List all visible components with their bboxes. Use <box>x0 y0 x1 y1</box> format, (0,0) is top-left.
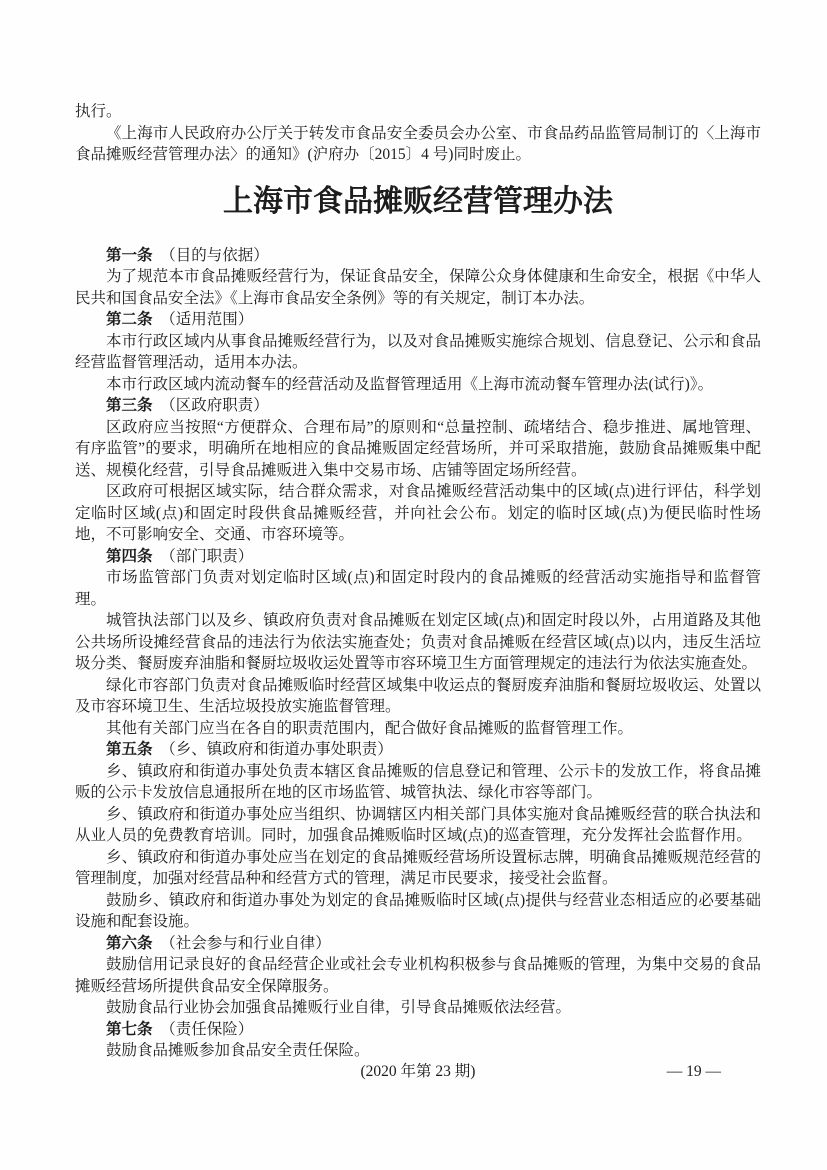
article-5-paragraph: 乡、镇政府和街道办事处应当组织、协调辖区内相关部门具体实施对食品摊贩经营的联合执… <box>75 804 761 847</box>
article-3-paragraph: 区政府应当按照“方便群众、合理布局”的原则和“总量控制、疏堵结合、稳步推进、属地… <box>75 417 761 482</box>
article-5-paragraph: 乡、镇政府和街道办事处负责本辖区食品摊贩的信息登记和管理、公示卡的发放工作，将食… <box>75 761 761 804</box>
article-4-paragraph: 市场监管部门负责对划定临时区域(点)和固定时段内的食品摊贩的经营活动实施指导和监… <box>75 567 761 610</box>
article-5-heading: 第五条（乡、镇政府和街道办事处职责） <box>75 739 761 761</box>
article-2-paragraph: 本市行政区域内从事食品摊贩经营行为，以及对食品摊贩实施综合规划、信息登记、公示和… <box>75 331 761 374</box>
page-footer: (2020 年第 23 期) — 19 — <box>75 1061 761 1083</box>
article-6-paragraph: 鼓励信用记录良好的食品经营企业或社会专业机构积极参与食品摊贩的管理，为集中交易的… <box>75 954 761 997</box>
repeal-paragraph: 《上海市人民政府办公厅关于转发市食品安全委员会办公室、市食品药品监管局制订的〈上… <box>75 123 761 166</box>
article-1-number: 第一条 <box>106 247 153 264</box>
document-body: 执行。 《上海市人民政府办公厅关于转发市食品安全委员会办公室、市食品药品监管局制… <box>75 101 761 1062</box>
page-number: — 19 — <box>667 1061 721 1083</box>
article-1-heading: 第一条（目的与依据） <box>75 245 761 267</box>
article-4-paragraph: 城管执法部门以及乡、镇政府负责对食品摊贩在划定区域(点)和固定时段以外，占用道路… <box>75 610 761 675</box>
article-4-paragraph: 其他有关部门应当在各自的职责范围内，配合做好食品摊贩的监督管理工作。 <box>75 718 761 740</box>
article-2-subject: （适用范围） <box>160 311 253 328</box>
article-4-subject: （部门职责） <box>160 548 253 565</box>
continuation-line: 执行。 <box>75 101 761 123</box>
article-3-paragraph: 区政府可根据区域实际，结合群众需求，对食品摊贩经营活动集中的区域(点)进行评估，… <box>75 481 761 546</box>
article-7-number: 第七条 <box>106 1021 153 1038</box>
article-5-number: 第五条 <box>106 741 153 758</box>
article-4-number: 第四条 <box>106 548 153 565</box>
document-title: 上海市食品摊贩经营管理办法 <box>75 183 761 221</box>
article-3-number: 第三条 <box>106 397 153 414</box>
article-3-subject: （区政府职责） <box>160 397 269 414</box>
article-6-subject: （社会参与和行业自律） <box>160 935 331 952</box>
article-4-heading: 第四条（部门职责） <box>75 546 761 568</box>
article-5-paragraph: 乡、镇政府和街道办事处应当在划定的食品摊贩经营场所设置标志牌，明确食品摊贩规范经… <box>75 847 761 890</box>
article-1-subject: （目的与依据） <box>160 247 269 264</box>
article-1-paragraph: 为了规范本市食品摊贩经营行为，保证食品安全，保障公众身体健康和生命安全，根据《中… <box>75 266 761 309</box>
article-2-paragraph: 本市行政区域内流动餐车的经营活动及监督管理适用《上海市流动餐车管理办法(试行)》… <box>75 374 761 396</box>
issue-label: (2020 年第 23 期) <box>75 1061 761 1083</box>
article-6-number: 第六条 <box>106 935 153 952</box>
article-5-subject: （乡、镇政府和街道办事处职责） <box>160 741 393 758</box>
article-5-paragraph: 鼓励乡、镇政府和街道办事处为划定的食品摊贩临时区域(点)提供与经营业态相适应的必… <box>75 890 761 933</box>
document-page: 执行。 《上海市人民政府办公厅关于转发市食品安全委员会办公室、市食品药品监管局制… <box>0 0 827 1170</box>
article-6-paragraph: 鼓励食品行业协会加强食品摊贩行业自律，引导食品摊贩依法经营。 <box>75 997 761 1019</box>
article-6-heading: 第六条（社会参与和行业自律） <box>75 933 761 955</box>
article-7-heading: 第七条（责任保险） <box>75 1019 761 1041</box>
article-3-heading: 第三条（区政府职责） <box>75 395 761 417</box>
article-7-paragraph: 鼓励食品摊贩参加食品安全责任保险。 <box>75 1040 761 1062</box>
article-2-number: 第二条 <box>106 311 153 328</box>
article-7-subject: （责任保险） <box>160 1021 253 1038</box>
article-2-heading: 第二条（适用范围） <box>75 309 761 331</box>
article-4-paragraph: 绿化市容部门负责对食品摊贩临时经营区域集中收运点的餐厨废弃油脂和餐厨垃圾收运、处… <box>75 675 761 718</box>
